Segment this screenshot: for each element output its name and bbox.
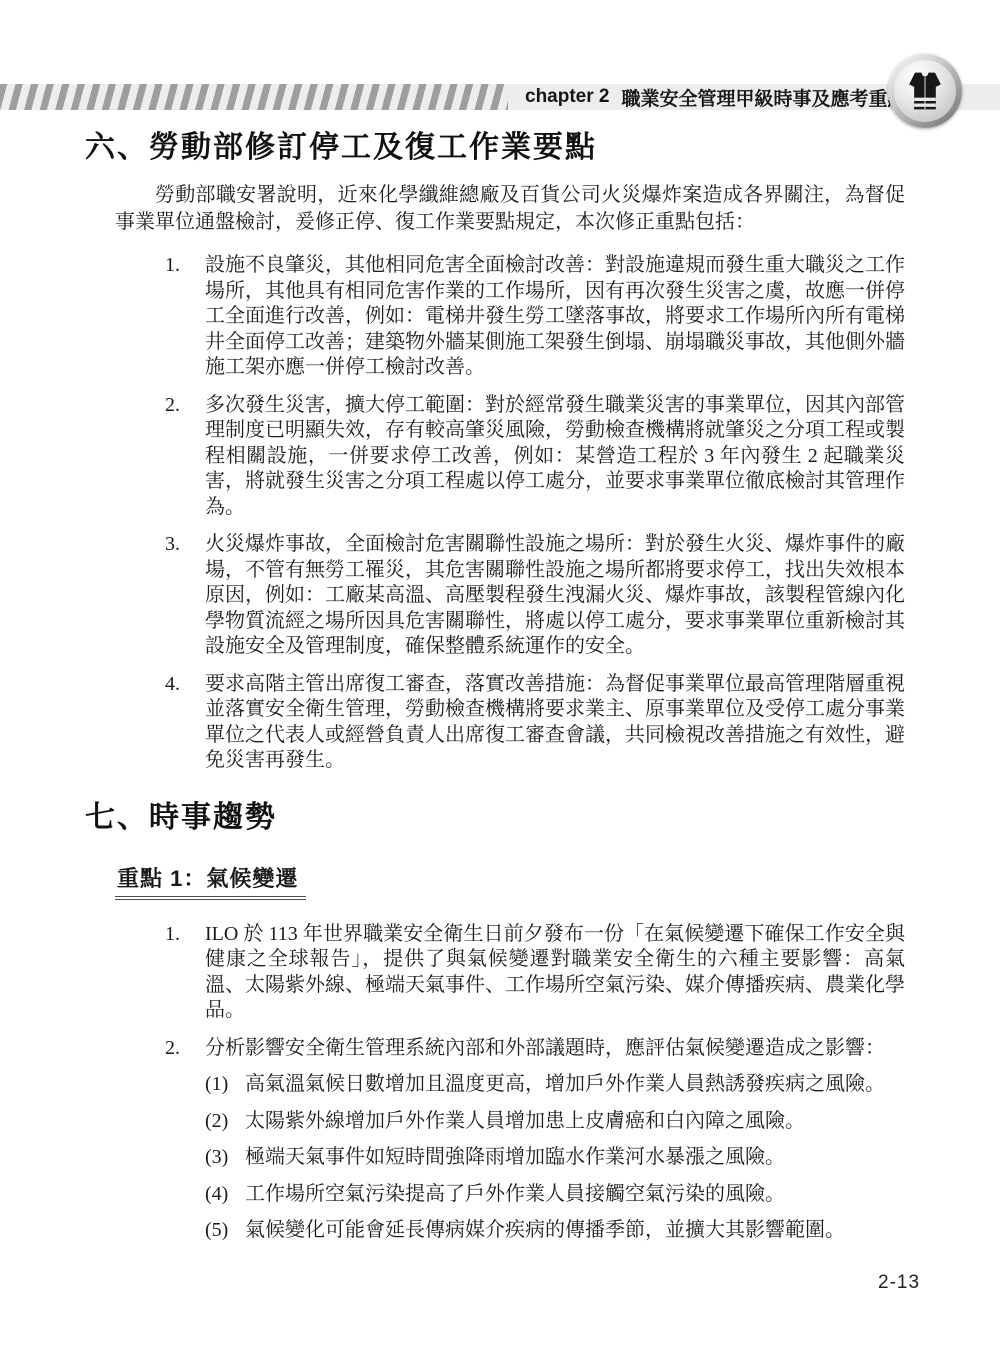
list-item: 1.設施不良肇災，其他相同危害全面檢討改善：對設施違規而發生重大職災之工作場所，… [165,253,905,381]
list-item-text: 太陽紫外線增加戶外作業人員增加患上皮膚癌和白內障之風險。 [245,1109,905,1135]
list-item-text: 分析影響安全衛生管理系統內部和外部議題時，應評估氣候變遷造成之影響： [205,1036,905,1062]
section-7-list: 1.ILO 於 113 年世界職業安全衛生日前夕發布一份「在氣候變遷下確保工作安… [165,922,905,1244]
list-item-number: (1) [205,1072,245,1098]
list-item-number: 4. [165,672,205,774]
list-item-text: 極端天氣事件如短時間強降雨增加臨水作業河水暴漲之風險。 [245,1145,905,1171]
page: chapter 2 職業安全管理甲級時事及應考重點提醒 六、勞動部修訂停工及復工… [0,130,1000,1244]
list-item: 2.分析影響安全衛生管理系統內部和外部議題時，應評估氣候變遷造成之影響： [165,1036,905,1062]
stripes-decoration [0,84,508,110]
list-item-text: 高氣溫氣候日數增加且溫度更高，增加戶外作業人員熱誘發疾病之風險。 [245,1072,905,1098]
list-item-text: 火災爆炸事故，全面檢討危害關聯性設施之場所：對於發生火災、爆炸事件的廠場，不管有… [205,532,905,660]
list-item-text: 工作場所空氣污染提高了戶外作業人員接觸空氣污染的風險。 [245,1182,905,1208]
list-item-number: 2. [165,1036,205,1062]
list-item-number: 1. [165,253,205,381]
list-item-text: ILO 於 113 年世界職業安全衛生日前夕發布一份「在氣候變遷下確保工作安全與… [205,922,905,1024]
list-item-text: 要求高階主管出席復工審查，落實改善措施：為督促事業單位最高管理階層重視並落實安全… [205,672,905,774]
list-item-text: 氣候變化可能會延長傳病媒介疾病的傳播季節，並擴大其影響範圍。 [245,1218,905,1244]
sub-list: (1)高氣溫氣候日數增加且溫度更高，增加戶外作業人員熱誘發疾病之風險。(2)太陽… [205,1072,905,1244]
chapter-badge-inner [894,60,956,122]
chapter-badge [888,54,962,128]
list-item-number: (3) [205,1145,245,1171]
section-6-intro: 勞動部職安署說明，近來化學纖維總廠及百貨公司火災爆炸案造成各界關注，為督促事業單… [115,182,905,236]
list-item-number: 1. [165,922,205,1024]
list-item-number: (5) [205,1218,245,1244]
key-point-1-heading: 重點 1：氣候變遷 [115,862,306,900]
list-item: 1.ILO 於 113 年世界職業安全衛生日前夕發布一份「在氣候變遷下確保工作安… [165,922,905,1024]
section-6-list: 1.設施不良肇災，其他相同危害全面檢討改善：對設施違規而發生重大職災之工作場所，… [165,253,905,774]
safety-vest-icon [905,69,945,113]
list-item: (3)極端天氣事件如短時間強降雨增加臨水作業河水暴漲之風險。 [205,1145,905,1171]
list-item: (4)工作場所空氣污染提高了戶外作業人員接觸空氣污染的風險。 [205,1182,905,1208]
list-item: (2)太陽紫外線增加戶外作業人員增加患上皮膚癌和白內障之風險。 [205,1109,905,1135]
chapter-header-band: chapter 2 職業安全管理甲級時事及應考重點提醒 [0,84,1000,110]
page-number: 2-13 [878,1272,920,1294]
section-7-title: 七、時事趨勢 [85,800,905,836]
list-item: 2.多次發生災害，擴大停工範圍：對於經常發生職業災害的事業單位，因其內部管理制度… [165,393,905,521]
list-item-number: (4) [205,1182,245,1208]
list-item: (5)氣候變化可能會延長傳病媒介疾病的傳播季節，並擴大其影響範圍。 [205,1218,905,1244]
list-item-number: 3. [165,532,205,660]
list-item-number: 2. [165,393,205,521]
chapter-header: chapter 2 職業安全管理甲級時事及應考重點提醒 [525,84,945,110]
section-6-title: 六、勞動部修訂停工及復工作業要點 [85,130,905,166]
list-item: 3.火災爆炸事故，全面檢討危害關聯性設施之場所：對於發生火災、爆炸事件的廠場，不… [165,532,905,660]
chapter-label: chapter 2 [525,86,609,108]
page-content: 六、勞動部修訂停工及復工作業要點 勞動部職安署說明，近來化學纖維總廠及百貨公司火… [0,130,1000,1244]
list-item-text: 設施不良肇災，其他相同危害全面檢討改善：對設施違規而發生重大職災之工作場所，其他… [205,253,905,381]
list-item: (1)高氣溫氣候日數增加且溫度更高，增加戶外作業人員熱誘發疾病之風險。 [205,1072,905,1098]
list-item-number: (2) [205,1109,245,1135]
list-item: 4.要求高階主管出席復工審查，落實改善措施：為督促事業單位最高管理階層重視並落實… [165,672,905,774]
list-item-text: 多次發生災害，擴大停工範圍：對於經常發生職業災害的事業單位，因其內部管理制度已明… [205,393,905,521]
key-point-heading-wrap: 重點 1：氣候變遷 [115,862,905,900]
